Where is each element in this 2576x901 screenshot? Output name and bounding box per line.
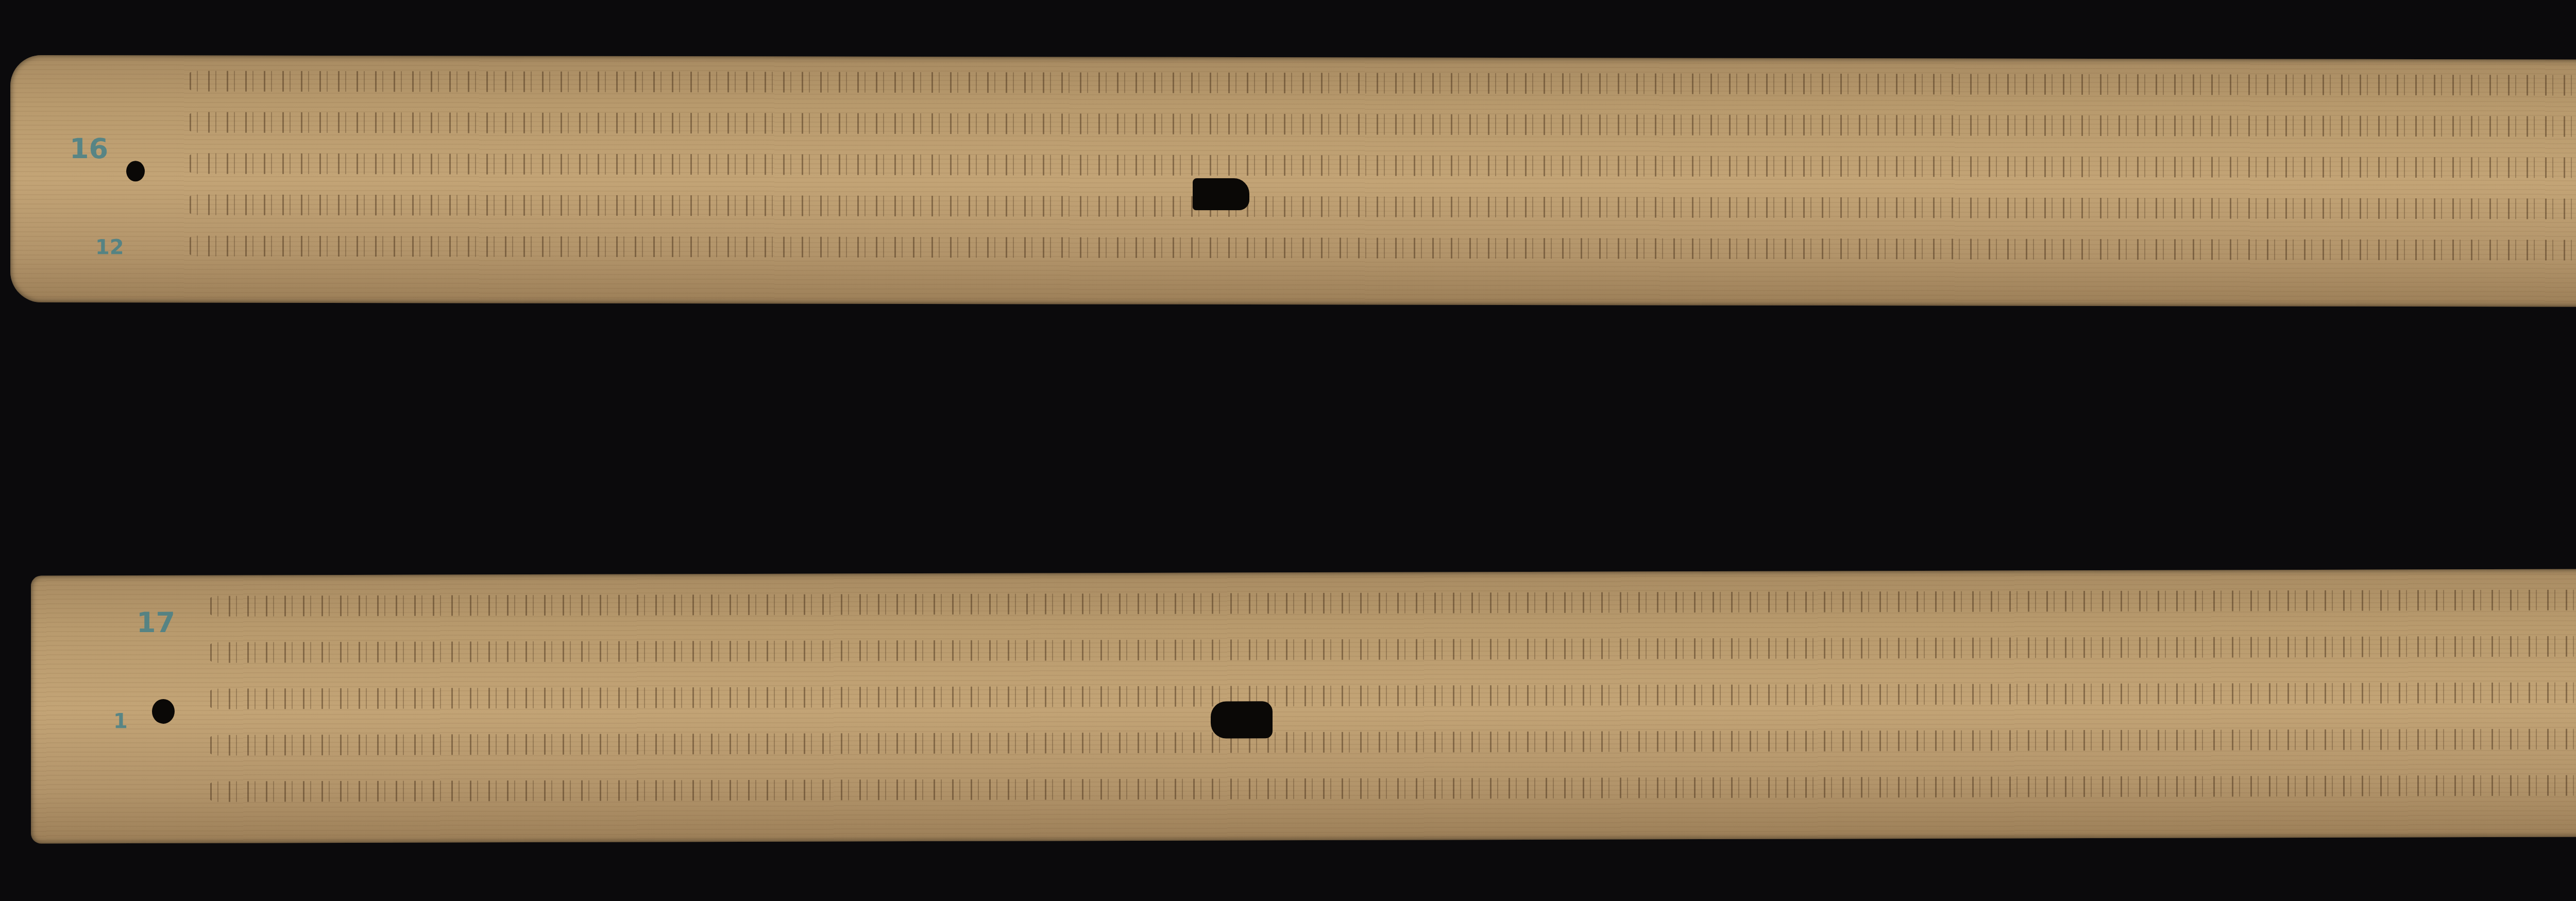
palm-leaf-folio-top: 16 12 16 12 xyxy=(10,55,2576,308)
margin-number: 1 xyxy=(113,709,128,733)
margin-number: 12 xyxy=(95,235,124,259)
palm-leaf-folio-bottom: 17 1 17 17 xyxy=(31,568,2576,843)
binding-hole-icon xyxy=(126,161,145,181)
margin-number: 16 xyxy=(70,132,108,165)
binding-hole-icon xyxy=(152,699,175,724)
margin-number: 17 xyxy=(137,606,175,639)
damage-hole xyxy=(1193,178,1249,210)
damage-hole xyxy=(1211,701,1273,738)
